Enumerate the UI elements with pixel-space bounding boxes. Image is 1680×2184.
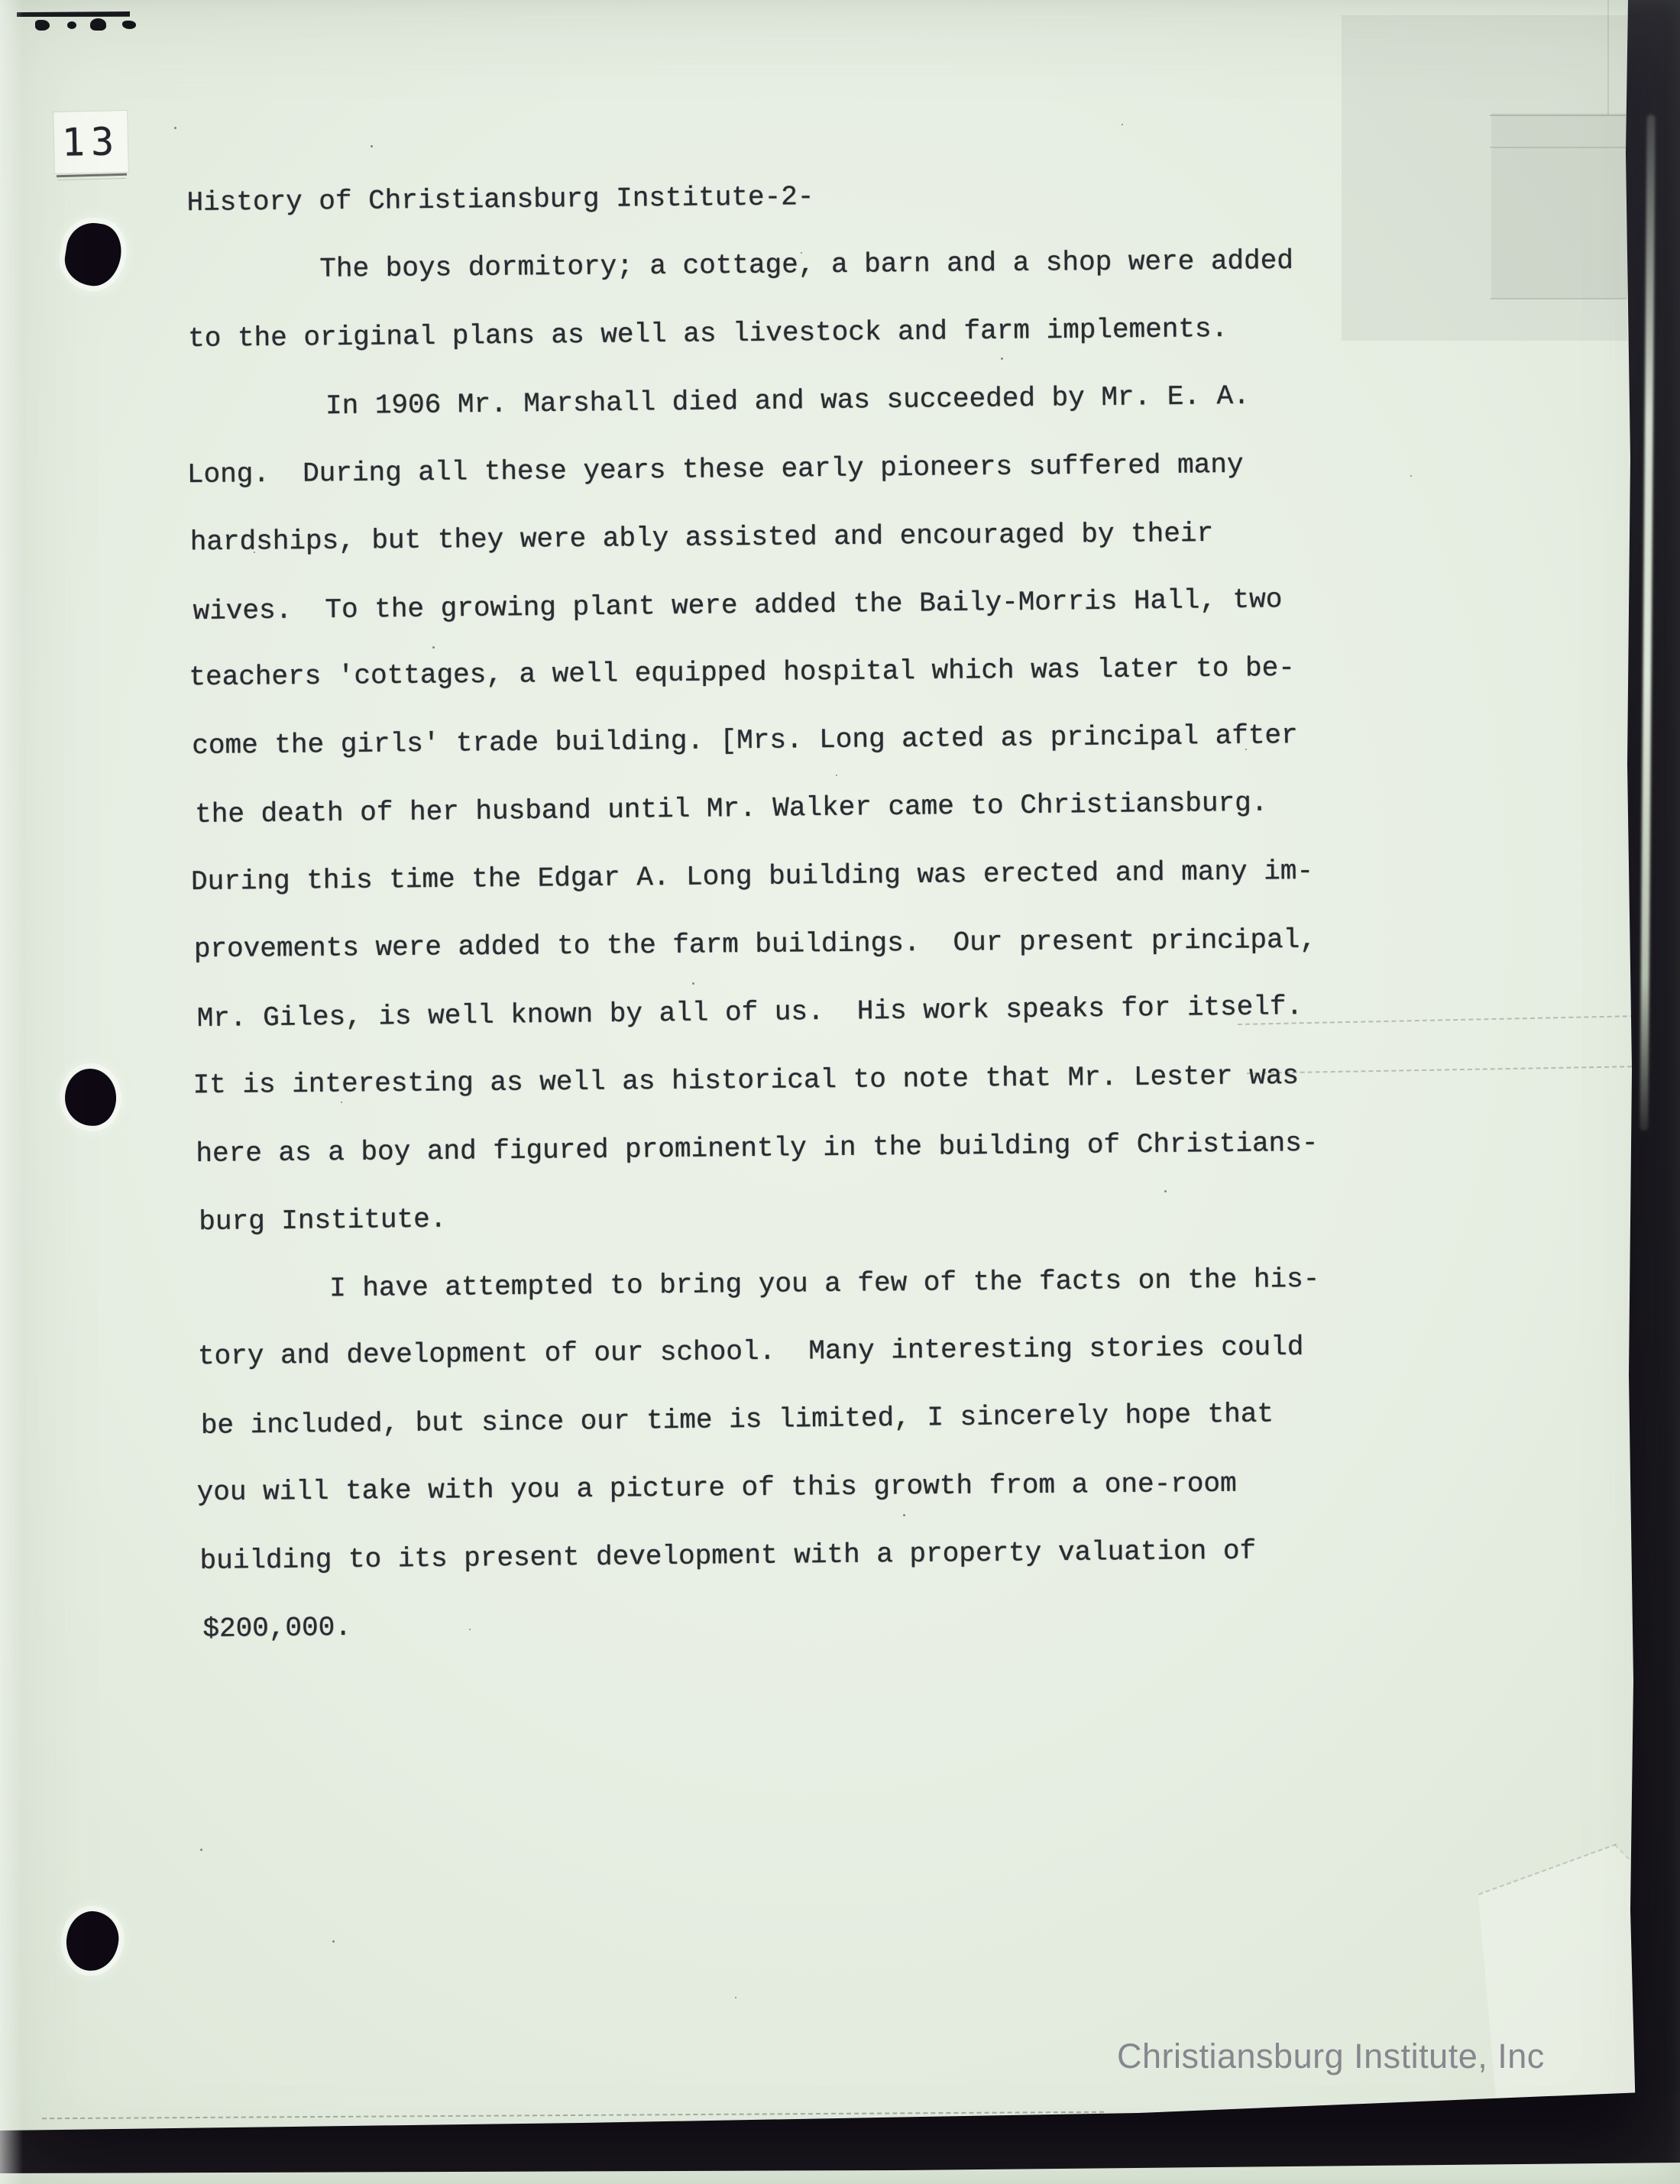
scan-speck (371, 145, 373, 147)
paper-edge-highlight (0, 0, 23, 2184)
scan-speck (332, 1940, 335, 1943)
scan-speck (801, 252, 802, 254)
scan-speck (590, 1422, 591, 1424)
scan-speck (174, 127, 176, 129)
scan-edge-band-bottom (0, 0, 1680, 2184)
scan-speck (1410, 475, 1412, 477)
scan-speck (432, 646, 435, 649)
scan-speck (735, 1997, 736, 1998)
scan-speck (200, 1849, 202, 1851)
scan-speck (692, 982, 694, 985)
scan-speck (836, 775, 837, 776)
scanned-document-page: 13 History of Christiansburg Institute-2… (0, 0, 1680, 2184)
scan-speck (1001, 358, 1003, 360)
scan-speck (1245, 749, 1247, 750)
scan-speck (341, 1102, 342, 1103)
scan-speck (1122, 124, 1123, 125)
scan-speck (469, 1629, 471, 1630)
scan-speck (254, 552, 255, 553)
scan-speck (1303, 2064, 1305, 2066)
scan-speck (1164, 1190, 1167, 1192)
scan-speck (903, 1514, 905, 1516)
